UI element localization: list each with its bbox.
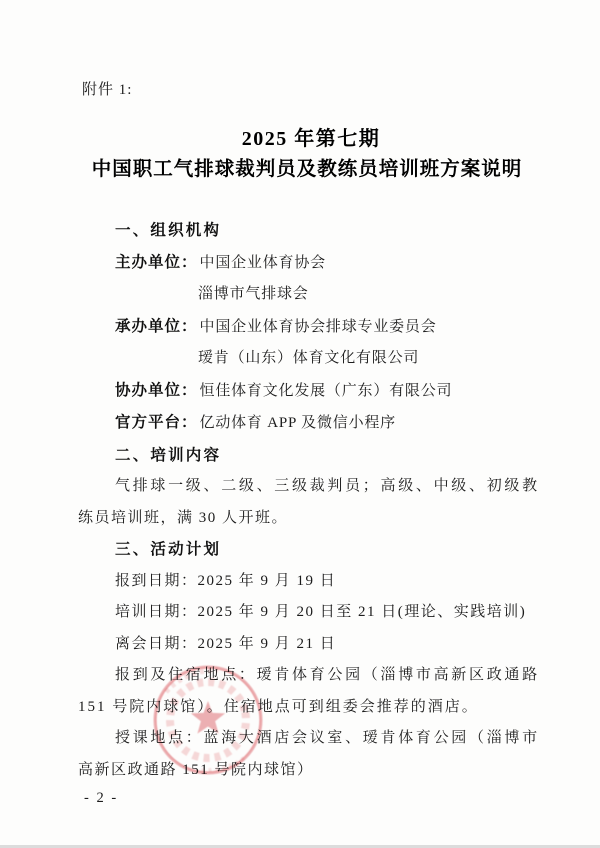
training-content-line: 练员培训班，满 30 人开班。: [78, 503, 544, 535]
schedule-line-checkin-date: 报到日期：2025 年 9 月 19 日: [78, 566, 544, 598]
organizer-row-continuation: 瑷肯（山东）体育文化有限公司: [78, 343, 544, 375]
section-heading-1: 一、组织机构: [78, 215, 544, 247]
organizer-label: 承办单位：: [115, 318, 198, 335]
organizer-value: 恒佳体育文化发展（广东）有限公司: [198, 383, 453, 399]
title-line-2: 中国职工气排球裁判员及教练员培训班方案说明: [70, 154, 544, 185]
organizer-label: 主办单位：: [115, 254, 198, 271]
organizer-row: 承办单位：中国企业体育协会排球专业委员会: [78, 311, 544, 344]
document-body: 一、组织机构 主办单位：中国企业体育协会 淄博市气排球会 承办单位：中国企业体育…: [78, 215, 544, 786]
organizer-value: 亿动体育 APP 及微信小程序: [198, 415, 396, 431]
schedule-line-lodging: 报到及住宿地点：瑷肯体育公园（淄博市高新区政通路: [78, 660, 544, 692]
organizer-row: 官方平台：亿动体育 APP 及微信小程序: [78, 407, 544, 440]
attachment-label: 附件 1:: [82, 80, 544, 100]
title-line-1: 2025 年第七期: [78, 124, 544, 154]
training-content-line: 气排球一级、二级、三级裁判员；高级、中级、初级教: [78, 471, 544, 503]
page-number: - 2 -: [84, 787, 544, 809]
schedule-line-lodging-continuation: 151 号院内球馆）。住宿地点可到组委会推荐的酒店。: [78, 692, 544, 724]
organizer-label: 协办单位：: [115, 382, 198, 399]
document-title: 2025 年第七期 中国职工气排球裁判员及教练员培训班方案说明: [78, 124, 544, 185]
schedule-line-venue: 授课地点：蓝海大酒店会议室、瑷肯体育公园（淄博市: [78, 723, 544, 755]
organizer-row: 协办单位：恒佳体育文化发展（广东）有限公司: [78, 375, 544, 408]
organizer-value: 中国企业体育协会: [198, 255, 326, 271]
document-content: 附件 1: 2025 年第七期 中国职工气排球裁判员及教练员培训班方案说明 一、…: [78, 80, 544, 809]
organizer-value: 中国企业体育协会排球专业委员会: [198, 319, 437, 335]
section-heading-3: 三、活动计划: [78, 534, 544, 566]
organizer-row-continuation: 淄博市气排球会: [78, 279, 544, 311]
schedule-line-training-date: 培训日期：2025 年 9 月 20 日至 21 日(理论、实践培训): [78, 597, 544, 629]
scanned-document-page: 附件 1: 2025 年第七期 中国职工气排球裁判员及教练员培训班方案说明 一、…: [0, 0, 600, 848]
section-heading-2: 二、培训内容: [78, 440, 544, 472]
organizer-label: 官方平台：: [115, 414, 198, 431]
schedule-line-venue-continuation: 高新区政通路 151 号院内球馆）: [78, 755, 544, 787]
organizer-row: 主办单位：中国企业体育协会: [78, 247, 544, 280]
schedule-line-departure-date: 离会日期：2025 年 9 月 21 日: [78, 629, 544, 661]
